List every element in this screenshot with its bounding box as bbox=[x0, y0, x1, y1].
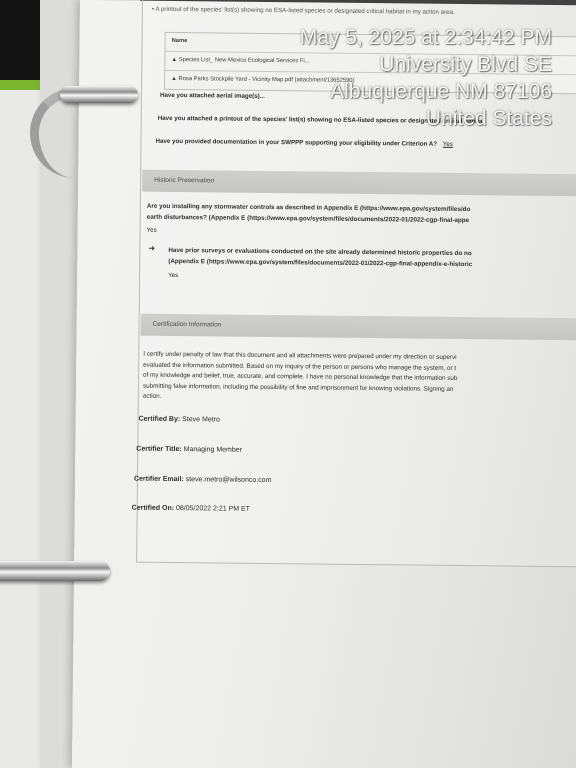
field-value: steve.metro@wilsonco.com bbox=[186, 476, 272, 484]
field-label: Certifier Email: bbox=[134, 476, 184, 484]
overlay-street: University Blvd SE bbox=[300, 51, 552, 78]
section-header-historic-preservation: Historic Preservation bbox=[142, 170, 576, 197]
attachment-label: Species List_ New Mexico Ecological Serv… bbox=[179, 57, 310, 64]
section-title: Historic Preservation bbox=[154, 177, 214, 185]
field-label: Certified By: bbox=[139, 416, 181, 423]
field-value: Steve Metro bbox=[182, 416, 220, 423]
field-value: 08/05/2022 2:21 PM ET bbox=[176, 505, 250, 513]
question-swppp-criterion-a: Have you provided documentation in your … bbox=[155, 138, 452, 148]
column-header-name: Name bbox=[172, 38, 188, 44]
historic-question-2: Have prior surveys or evaluations conduc… bbox=[168, 246, 576, 272]
field-value: Managing Member bbox=[184, 446, 242, 454]
answer-value: Yes bbox=[443, 141, 453, 148]
binder-ring-bottom bbox=[0, 561, 110, 581]
answer-value: Yes bbox=[147, 227, 157, 234]
attachment-link[interactable]: ▲ Species List_ New Mexico Ecological Se… bbox=[171, 57, 309, 64]
binder-ring-top bbox=[60, 86, 138, 103]
answer-value: Yes bbox=[168, 272, 178, 279]
certification-statement: I certify under penalty of law that this… bbox=[143, 350, 576, 407]
overlay-country: United States bbox=[300, 105, 552, 132]
field-label: Certifier Title: bbox=[136, 446, 181, 453]
overlay-city: Albuquerque NM 87106 bbox=[300, 78, 552, 105]
section-header-certification: Certification Information bbox=[140, 314, 576, 341]
historic-question-1: Are you installing any stormwater contro… bbox=[147, 202, 576, 228]
question-aerial-images: Have you attached aerial image(s)... bbox=[160, 92, 265, 100]
certifier-title-field: Certifier Title: Managing Member bbox=[136, 446, 242, 454]
section-title: Certification Information bbox=[153, 321, 222, 329]
certified-by-field: Certified By: Steve Metro bbox=[139, 416, 220, 424]
photo-timestamp-overlay: May 5, 2025 at 2:34:42 PM University Blv… bbox=[300, 24, 552, 132]
subquestion-arrow-icon: ➜ bbox=[148, 244, 155, 253]
certifier-email-field: Certifier Email: steve.metro@wilsonco.co… bbox=[134, 476, 272, 484]
field-label: Certified On: bbox=[132, 505, 174, 512]
certified-on-field: Certified On: 08/05/2022 2:21 PM ET bbox=[132, 505, 250, 513]
question-text: Have you provided documentation in your … bbox=[155, 138, 437, 148]
overlay-timestamp: May 5, 2025 at 2:34:42 PM bbox=[300, 24, 552, 51]
